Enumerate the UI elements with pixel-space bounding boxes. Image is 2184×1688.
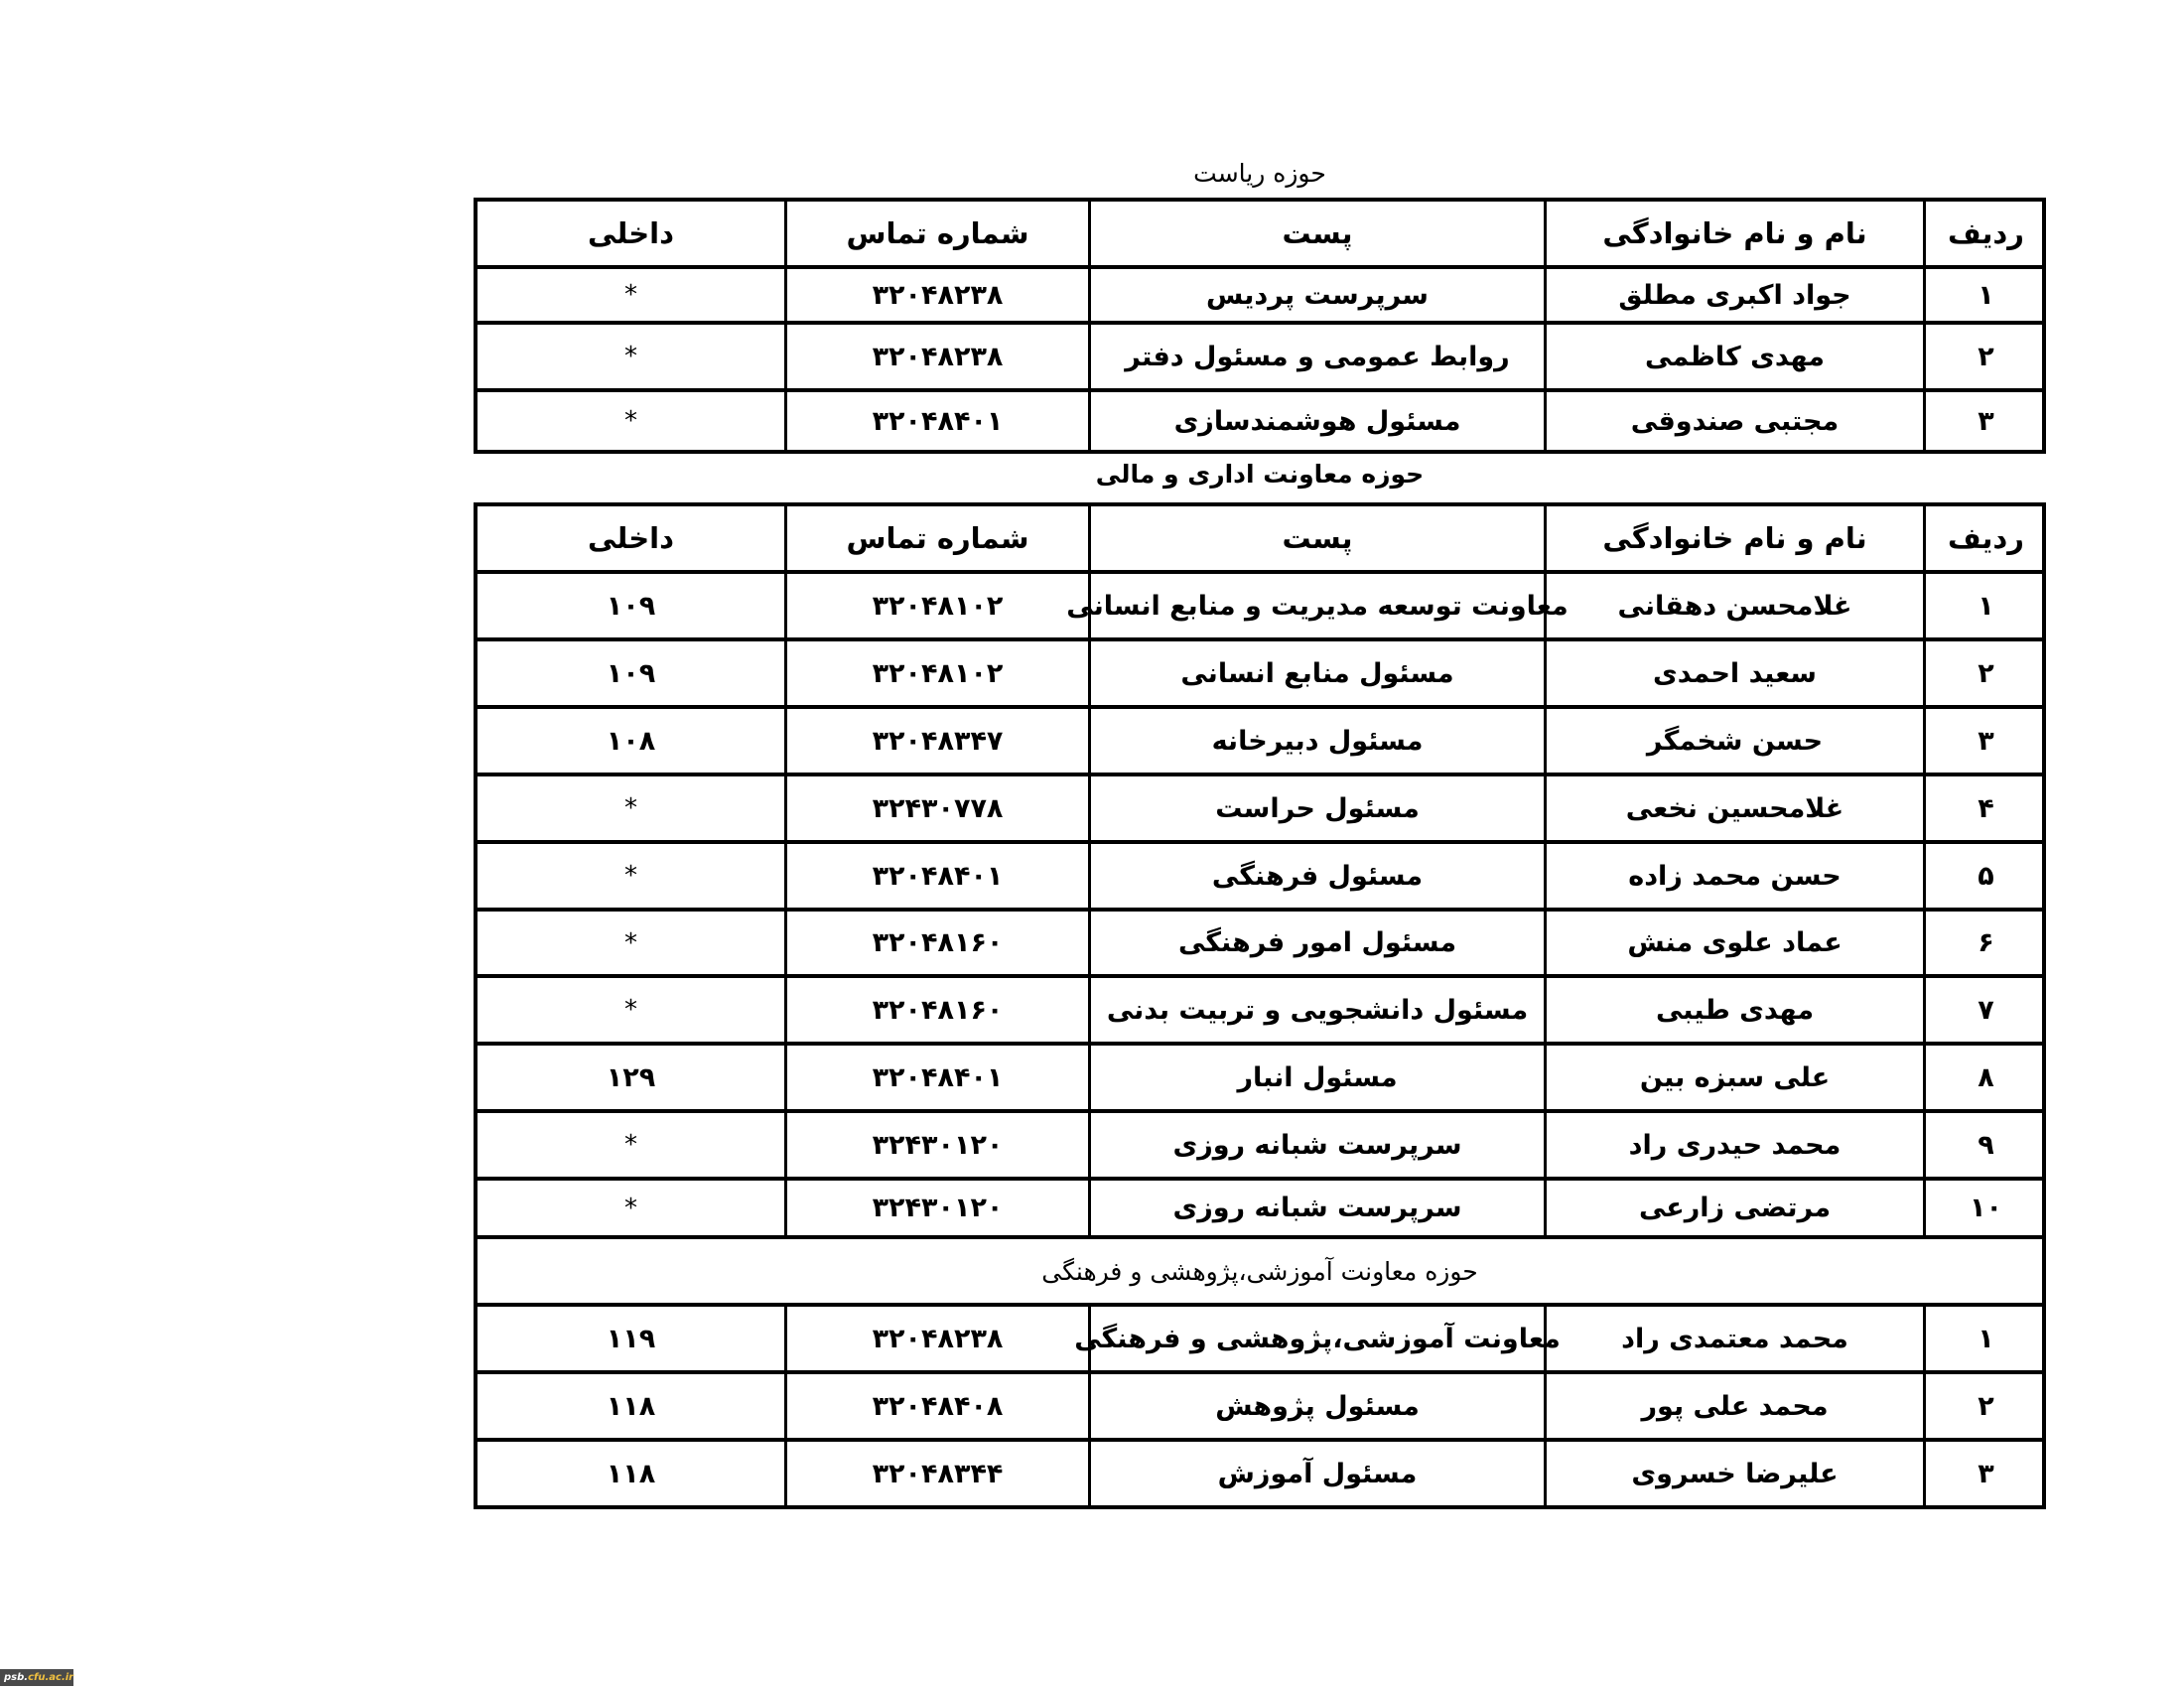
table-header-row: داخلی شماره تماس پست نام و نام خانوادگی … bbox=[478, 502, 2042, 570]
post-cell: مسئول فرهنگی bbox=[1088, 844, 1544, 908]
table-row: * ۳۲۴۳۰۷۷۸ مسئول حراست غلامحسین نخعی ۴ bbox=[478, 773, 2042, 840]
table-row: * ۳۲۴۳۰۱۲۰ سرپرست شبانه روزی محمد حیدری … bbox=[478, 1109, 2042, 1177]
post-cell: مسئول حراست bbox=[1088, 776, 1544, 840]
index-cell: ۱۰ bbox=[1923, 1181, 2046, 1235]
table-row: * ۳۲۰۴۸۲۳۸ سرپرست پردیس جواد اکبری مطلق … bbox=[478, 265, 2042, 321]
name-cell: محمد معتمدی راد bbox=[1544, 1307, 1923, 1370]
table-row: ۱۰۹ ۳۲۰۴۸۱۰۲ معاونت توسعه مدیریت و منابع… bbox=[478, 570, 2042, 637]
index-cell: ۳ bbox=[1923, 1442, 2046, 1505]
name-cell: مهدی طیبی bbox=[1544, 978, 1923, 1042]
post-cell: مسئول آموزش bbox=[1088, 1442, 1544, 1505]
header-ext: داخلی bbox=[478, 202, 784, 265]
table-row: * ۳۲۰۴۸۱۶۰ مسئول دانشجویی و تربیت بدنی م… bbox=[478, 974, 2042, 1042]
index-cell: ۹ bbox=[1923, 1113, 2046, 1177]
phone-cell: ۳۲۰۴۸۱۰۲ bbox=[784, 574, 1088, 637]
watermark-domain: cfu.ac.ir bbox=[28, 1672, 73, 1683]
phone-cell: ۳۲۰۴۸۲۳۸ bbox=[784, 325, 1088, 388]
name-cell: مهدی کاظمی bbox=[1544, 325, 1923, 388]
ext-cell: * bbox=[478, 978, 784, 1042]
ext-cell: ۱۰۹ bbox=[478, 641, 784, 705]
index-cell: ۱ bbox=[1923, 574, 2046, 637]
table-row: ۱۱۸ ۳۲۰۴۸۳۴۴ مسئول آموزش علیرضا خسروی ۳ bbox=[478, 1438, 2042, 1509]
index-cell: ۲ bbox=[1923, 641, 2046, 705]
table-row: ۱۰۸ ۳۲۰۴۸۳۴۷ مسئول دبیرخانه حسن شخمگر ۳ bbox=[478, 705, 2042, 773]
phone-cell: ۳۲۰۴۸۱۶۰ bbox=[784, 978, 1088, 1042]
ext-cell: * bbox=[478, 269, 784, 321]
table-row: ۱۱۹ ۳۲۰۴۸۲۳۸ معاونت آموزشی،پژوهشی و فرهن… bbox=[478, 1303, 2042, 1370]
ext-cell: ۱۰۸ bbox=[478, 709, 784, 773]
ext-cell: ۱۱۹ bbox=[478, 1307, 784, 1370]
table-row: ۱۱۸ ۳۲۰۴۸۴۰۸ مسئول پژوهش محمد علی پور ۲ bbox=[478, 1370, 2042, 1438]
ext-cell: * bbox=[478, 1113, 784, 1177]
header-post: پست bbox=[1088, 506, 1544, 570]
name-cell: سعید احمدی bbox=[1544, 641, 1923, 705]
header-ext: داخلی bbox=[478, 506, 784, 570]
post-cell: مسئول امور فرهنگی bbox=[1088, 912, 1544, 974]
name-cell: حسن محمد زاده bbox=[1544, 844, 1923, 908]
table-row: * ۳۲۰۴۸۴۰۱ مسئول هوشمندسازی مجتبی صندوقی… bbox=[478, 388, 2042, 454]
phone-cell: ۳۲۰۴۸۲۳۸ bbox=[784, 269, 1088, 321]
post-cell: روابط عمومی و مسئول دفتر bbox=[1088, 325, 1544, 388]
ext-cell: * bbox=[478, 912, 784, 974]
header-phone: شماره تماس bbox=[784, 202, 1088, 265]
header-phone: شماره تماس bbox=[784, 506, 1088, 570]
section-title-education-research: حوزه معاونت آموزشی،پژوهشی و فرهنگی bbox=[478, 1239, 2042, 1303]
index-cell: ۷ bbox=[1923, 978, 2046, 1042]
post-cell: معاونت آموزشی،پژوهشی و فرهنگی bbox=[1088, 1307, 1544, 1370]
index-cell: ۶ bbox=[1923, 912, 2046, 974]
index-cell: ۳ bbox=[1923, 392, 2046, 450]
index-cell: ۲ bbox=[1923, 1374, 2046, 1438]
table-row: * ۳۲۰۴۸۱۶۰ مسئول امور فرهنگی عماد علوی م… bbox=[478, 908, 2042, 974]
name-cell: حسن شخمگر bbox=[1544, 709, 1923, 773]
phone-cell: ۳۲۰۴۸۴۰۱ bbox=[784, 844, 1088, 908]
post-cell: مسئول دانشجویی و تربیت بدنی bbox=[1088, 978, 1544, 1042]
ext-cell: ۱۱۸ bbox=[478, 1374, 784, 1438]
phone-cell: ۳۲۰۴۸۱۰۲ bbox=[784, 641, 1088, 705]
section-title-admin-finance: حوزه معاونت اداری و مالی bbox=[474, 458, 2046, 492]
table-row: ۱۰۹ ۳۲۰۴۸۱۰۲ مسئول منابع انسانی سعید احم… bbox=[478, 637, 2042, 705]
name-cell: عماد علوی منش bbox=[1544, 912, 1923, 974]
index-cell: ۳ bbox=[1923, 709, 2046, 773]
table-row: ۱۲۹ ۳۲۰۴۸۴۰۱ مسئول انبار علی سبزه بین ۸ bbox=[478, 1042, 2042, 1109]
ext-cell: ۱۲۹ bbox=[478, 1046, 784, 1109]
phone-cell: ۳۲۰۴۸۴۰۱ bbox=[784, 1046, 1088, 1109]
table-admin-finance: داخلی شماره تماس پست نام و نام خانوادگی … bbox=[474, 502, 2046, 1509]
index-cell: ۵ bbox=[1923, 844, 2046, 908]
table-header-row: داخلی شماره تماس پست نام و نام خانوادگی … bbox=[478, 198, 2042, 265]
post-cell: مسئول دبیرخانه bbox=[1088, 709, 1544, 773]
ext-cell: * bbox=[478, 392, 784, 450]
post-cell: سرپرست شبانه روزی bbox=[1088, 1181, 1544, 1235]
header-post: پست bbox=[1088, 202, 1544, 265]
name-cell: محمد حیدری راد bbox=[1544, 1113, 1923, 1177]
name-cell: علیرضا خسروی bbox=[1544, 1442, 1923, 1505]
phone-cell: ۳۲۰۴۸۲۳۸ bbox=[784, 1307, 1088, 1370]
post-cell: سرپرست پردیس bbox=[1088, 269, 1544, 321]
phone-cell: ۳۲۴۳۰۱۲۰ bbox=[784, 1181, 1088, 1235]
header-name: نام و نام خانوادگی bbox=[1544, 202, 1923, 265]
post-cell: مسئول منابع انسانی bbox=[1088, 641, 1544, 705]
name-cell: غلامحسن دهقانی bbox=[1544, 574, 1923, 637]
ext-cell: * bbox=[478, 1181, 784, 1235]
name-cell: مجتبی صندوقی bbox=[1544, 392, 1923, 450]
table-row: * ۳۲۰۴۸۴۰۱ مسئول فرهنگی حسن محمد زاده ۵ bbox=[478, 840, 2042, 908]
post-cell: مسئول پژوهش bbox=[1088, 1374, 1544, 1438]
ext-cell: * bbox=[478, 776, 784, 840]
name-cell: مرتضی زارعی bbox=[1544, 1181, 1923, 1235]
index-cell: ۱ bbox=[1923, 269, 2046, 321]
name-cell: جواد اکبری مطلق bbox=[1544, 269, 1923, 321]
table-row: * ۳۲۴۳۰۱۲۰ سرپرست شبانه روزی مرتضی زارعی… bbox=[478, 1177, 2042, 1235]
ext-cell: ۱۰۹ bbox=[478, 574, 784, 637]
name-cell: محمد علی پور bbox=[1544, 1374, 1923, 1438]
index-cell: ۲ bbox=[1923, 325, 2046, 388]
ext-cell: ۱۱۸ bbox=[478, 1442, 784, 1505]
header-index: ردیف bbox=[1923, 202, 2046, 265]
ext-cell: * bbox=[478, 325, 784, 388]
ext-cell: * bbox=[478, 844, 784, 908]
section-title-presidency: حوزه ریاست bbox=[474, 157, 2046, 191]
phone-cell: ۳۲۰۴۸۴۰۱ bbox=[784, 392, 1088, 450]
post-cell: معاونت توسعه مدیریت و منابع انسانی bbox=[1088, 574, 1544, 637]
name-cell: علی سبزه بین bbox=[1544, 1046, 1923, 1109]
phone-cell: ۳۲۰۴۸۳۴۷ bbox=[784, 709, 1088, 773]
header-name: نام و نام خانوادگی bbox=[1544, 506, 1923, 570]
table-presidency: داخلی شماره تماس پست نام و نام خانوادگی … bbox=[474, 198, 2046, 454]
phone-cell: ۳۲۴۳۰۱۲۰ bbox=[784, 1113, 1088, 1177]
section-row-education-research: حوزه معاونت آموزشی،پژوهشی و فرهنگی bbox=[478, 1235, 2042, 1303]
post-cell: مسئول انبار bbox=[1088, 1046, 1544, 1109]
post-cell: مسئول هوشمندسازی bbox=[1088, 392, 1544, 450]
post-cell: سرپرست شبانه روزی bbox=[1088, 1113, 1544, 1177]
table-row: * ۳۲۰۴۸۲۳۸ روابط عمومی و مسئول دفتر مهدی… bbox=[478, 321, 2042, 388]
index-cell: ۱ bbox=[1923, 1307, 2046, 1370]
phone-cell: ۳۲۰۴۸۴۰۸ bbox=[784, 1374, 1088, 1438]
watermark-prefix: psb. bbox=[4, 1672, 28, 1683]
index-cell: ۸ bbox=[1923, 1046, 2046, 1109]
header-index: ردیف bbox=[1923, 506, 2046, 570]
site-watermark: psb.cfu.ac.ir bbox=[0, 1669, 73, 1686]
phone-cell: ۳۲۰۴۸۳۴۴ bbox=[784, 1442, 1088, 1505]
phone-cell: ۳۲۰۴۸۱۶۰ bbox=[784, 912, 1088, 974]
name-cell: غلامحسین نخعی bbox=[1544, 776, 1923, 840]
index-cell: ۴ bbox=[1923, 776, 2046, 840]
phone-cell: ۳۲۴۳۰۷۷۸ bbox=[784, 776, 1088, 840]
